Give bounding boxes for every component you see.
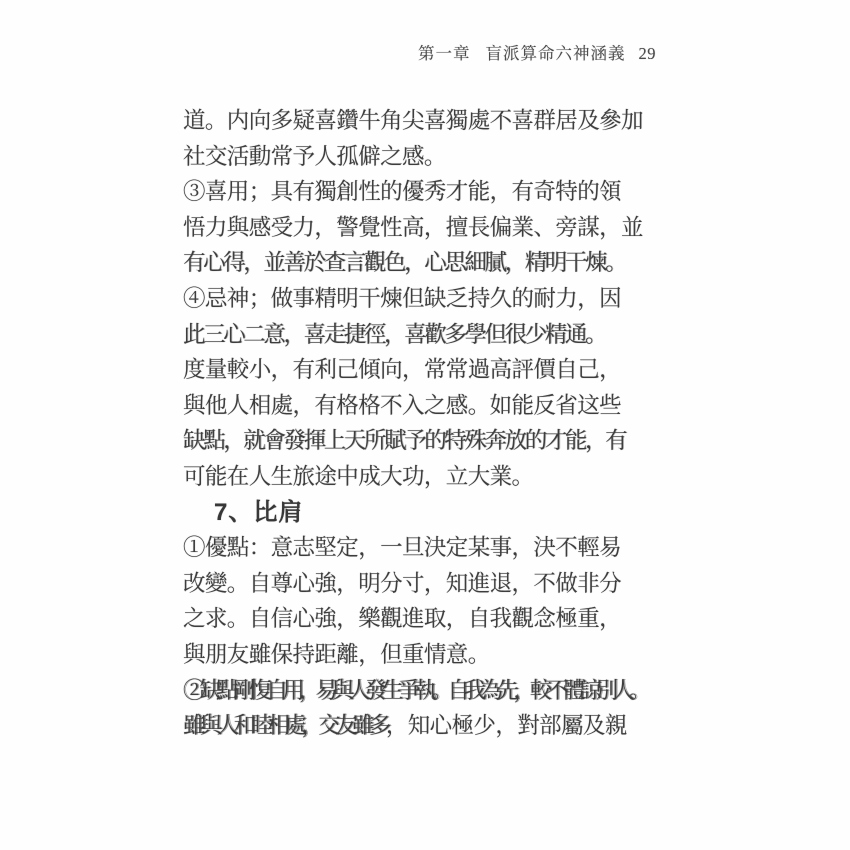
line-segment-normal: ，知心極少，對部屬及親 (386, 713, 627, 738)
body-line: 社交活動常予人孤僻之感。 (183, 139, 661, 175)
body-line: 與朋友雖保持距離，但重情意。 (183, 637, 661, 673)
body-line: 有心得，並善於查言觀色，心思細膩，精明干煉。 (183, 245, 661, 281)
page-number: 29 (639, 44, 657, 63)
body-line: 與他人相處，有格格不入之感。如能反省这些 (183, 388, 661, 424)
body-line: ④忌神；做事精明干煉但缺乏持久的耐力，因 (183, 281, 661, 317)
section-heading: 7、比肩 (183, 495, 661, 531)
book-title: 盲派算命六神涵義 (486, 44, 626, 63)
body-line: 之求。自信心強，樂觀進取，自我觀念極重， (183, 601, 661, 637)
body-line: 此三心二意，喜走捷徑，喜歡多學但很少精通。 (183, 317, 661, 353)
body-line-condensed: ②缺點:剛愎自用，易與人發生爭執。自我為先，較不體諒別人。 (183, 673, 661, 709)
body-line-mixed: 雖與人和睦相處，交友雖多，知心極少，對部屬及親 (183, 708, 661, 744)
body-line: 度量較小，有利己傾向，常常過高評價自己， (183, 352, 661, 388)
line-segment-condensed: 雖與人和睦相處，交友雖多 (183, 713, 386, 738)
body-line: 改變。自尊心強，明分寸，知進退，不做非分 (183, 566, 661, 602)
body-line: 道。内向多疑喜鑽牛角尖喜獨處不喜群居及參加 (183, 103, 661, 139)
body-text-block: 道。内向多疑喜鑽牛角尖喜獨處不喜群居及參加 社交活動常予人孤僻之感。 ③喜用；具… (183, 103, 661, 744)
body-line: ③喜用；具有獨創性的優秀才能，有奇特的領 (183, 174, 661, 210)
book-page: 第一章盲派算命六神涵義29 道。内向多疑喜鑽牛角尖喜獨處不喜群居及參加 社交活動… (0, 0, 850, 850)
running-header: 第一章盲派算命六神涵義29 (418, 40, 650, 64)
chapter-label: 第一章 (418, 44, 471, 63)
body-line: 悟力與感受力，警覺性高，擅長偏業、旁謀，並 (183, 210, 661, 246)
body-line: 缺點，就會發揮上天所賦予的特殊奔放的才能，有 (183, 423, 661, 459)
body-line: 可能在人生旅途中成大功，立大業。 (183, 459, 661, 495)
body-line: ①優點：意志堅定，一旦決定某事，決不輕易 (183, 530, 661, 566)
